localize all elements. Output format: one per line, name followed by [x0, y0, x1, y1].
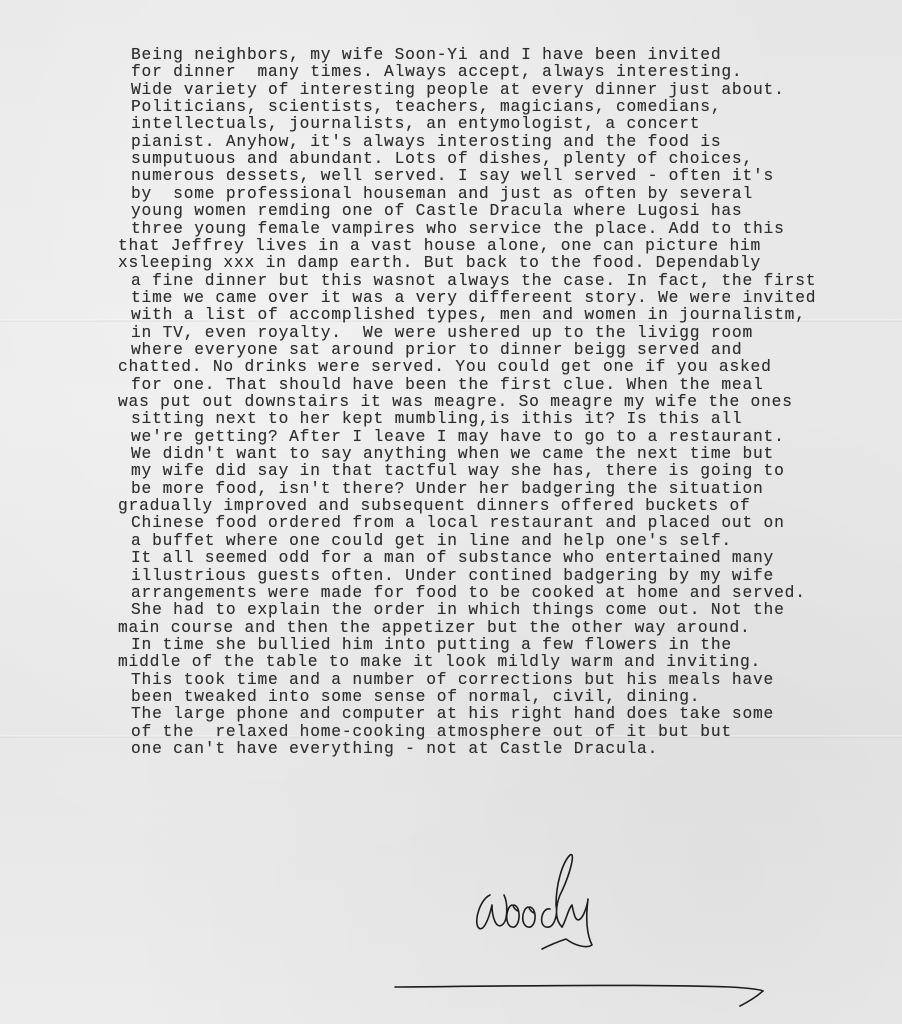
letter-line: chatted. No drinks were served. You coul…: [118, 358, 772, 375]
letter-line: xsleeping xxx in damp earth. But back to…: [118, 254, 761, 271]
letter-line: Being neighbors, my wife Soon-Yi and I h…: [131, 46, 721, 63]
letter-line: of the relaxed home-cooking atmosphere o…: [131, 723, 732, 740]
letter-line: with a list of accomplished types, men a…: [131, 306, 806, 323]
letter-line: that Jeffrey lives in a vast house alone…: [118, 237, 761, 254]
letter-line: This took time and a number of correctio…: [131, 671, 774, 688]
letter-line: arrangements were made for food to be co…: [131, 584, 806, 601]
letter-line: main course and then the appetizer but t…: [118, 619, 751, 636]
letter-line: young women remding one of Castle Dracul…: [131, 202, 742, 219]
signature-flourish-line-icon: [390, 970, 770, 1010]
letter-line: we're getting? After I leave I may have …: [131, 428, 785, 445]
letter-line: gradually improved and subsequent dinner…: [118, 497, 751, 514]
letter-line: We didn't want to say anything when we c…: [131, 445, 774, 462]
letter-line: by some professional houseman and just a…: [131, 185, 753, 202]
letter-line: middle of the table to make it look mild…: [118, 653, 761, 670]
letter-line: a buffet where one could get in line and…: [131, 532, 732, 549]
letter-line: one can't have everything - not at Castl…: [131, 740, 658, 757]
letter-line: sitting next to her kept mumbling,is ith…: [131, 410, 742, 427]
letter-line: for one. That should have been the first…: [131, 376, 764, 393]
letter-line: In time she bullied him into putting a f…: [131, 636, 732, 653]
handwritten-signature-icon: [470, 845, 650, 955]
letter-line: intellectuals, journalists, an entymolog…: [131, 115, 700, 132]
letter-line: pianist. Anyhow, it's always interosting…: [131, 133, 721, 150]
letter-line: was put out downstairs it was meagre. So…: [118, 393, 793, 410]
letter-line: sumputuous and abundant. Lots of dishes,…: [131, 150, 753, 167]
letter-line: It all seemed odd for a man of substance…: [131, 549, 774, 566]
letter-line: my wife did say in that tactful way she …: [131, 462, 785, 479]
letter-line: illustrious guests often. Under contined…: [131, 567, 774, 584]
letter-line: Politicians, scientists, teachers, magic…: [131, 98, 721, 115]
letter-line: time we came over it was a very differee…: [131, 289, 816, 306]
letter-line: be more food, isn't there? Under her bad…: [131, 480, 764, 497]
letter-line: numerous dessets, well served. I say wel…: [131, 167, 774, 184]
letter-line: three young female vampires who service …: [131, 220, 785, 237]
letter-line: in TV, even royalty. We were ushered up …: [131, 324, 753, 341]
letter-line: a fine dinner but this wasnot always the…: [131, 272, 816, 289]
letter-line: She had to explain the order in which th…: [131, 601, 785, 618]
letter-line: Wide variety of interesting people at ev…: [131, 81, 785, 98]
letter-line: been tweaked into some sense of normal, …: [131, 688, 700, 705]
letter-line: for dinner many times. Always accept, al…: [131, 63, 742, 80]
letter-line: Chinese food ordered from a local restau…: [131, 514, 785, 531]
letter-line: where everyone sat around prior to dinne…: [131, 341, 742, 358]
letter-line: The large phone and computer at his righ…: [131, 705, 774, 722]
